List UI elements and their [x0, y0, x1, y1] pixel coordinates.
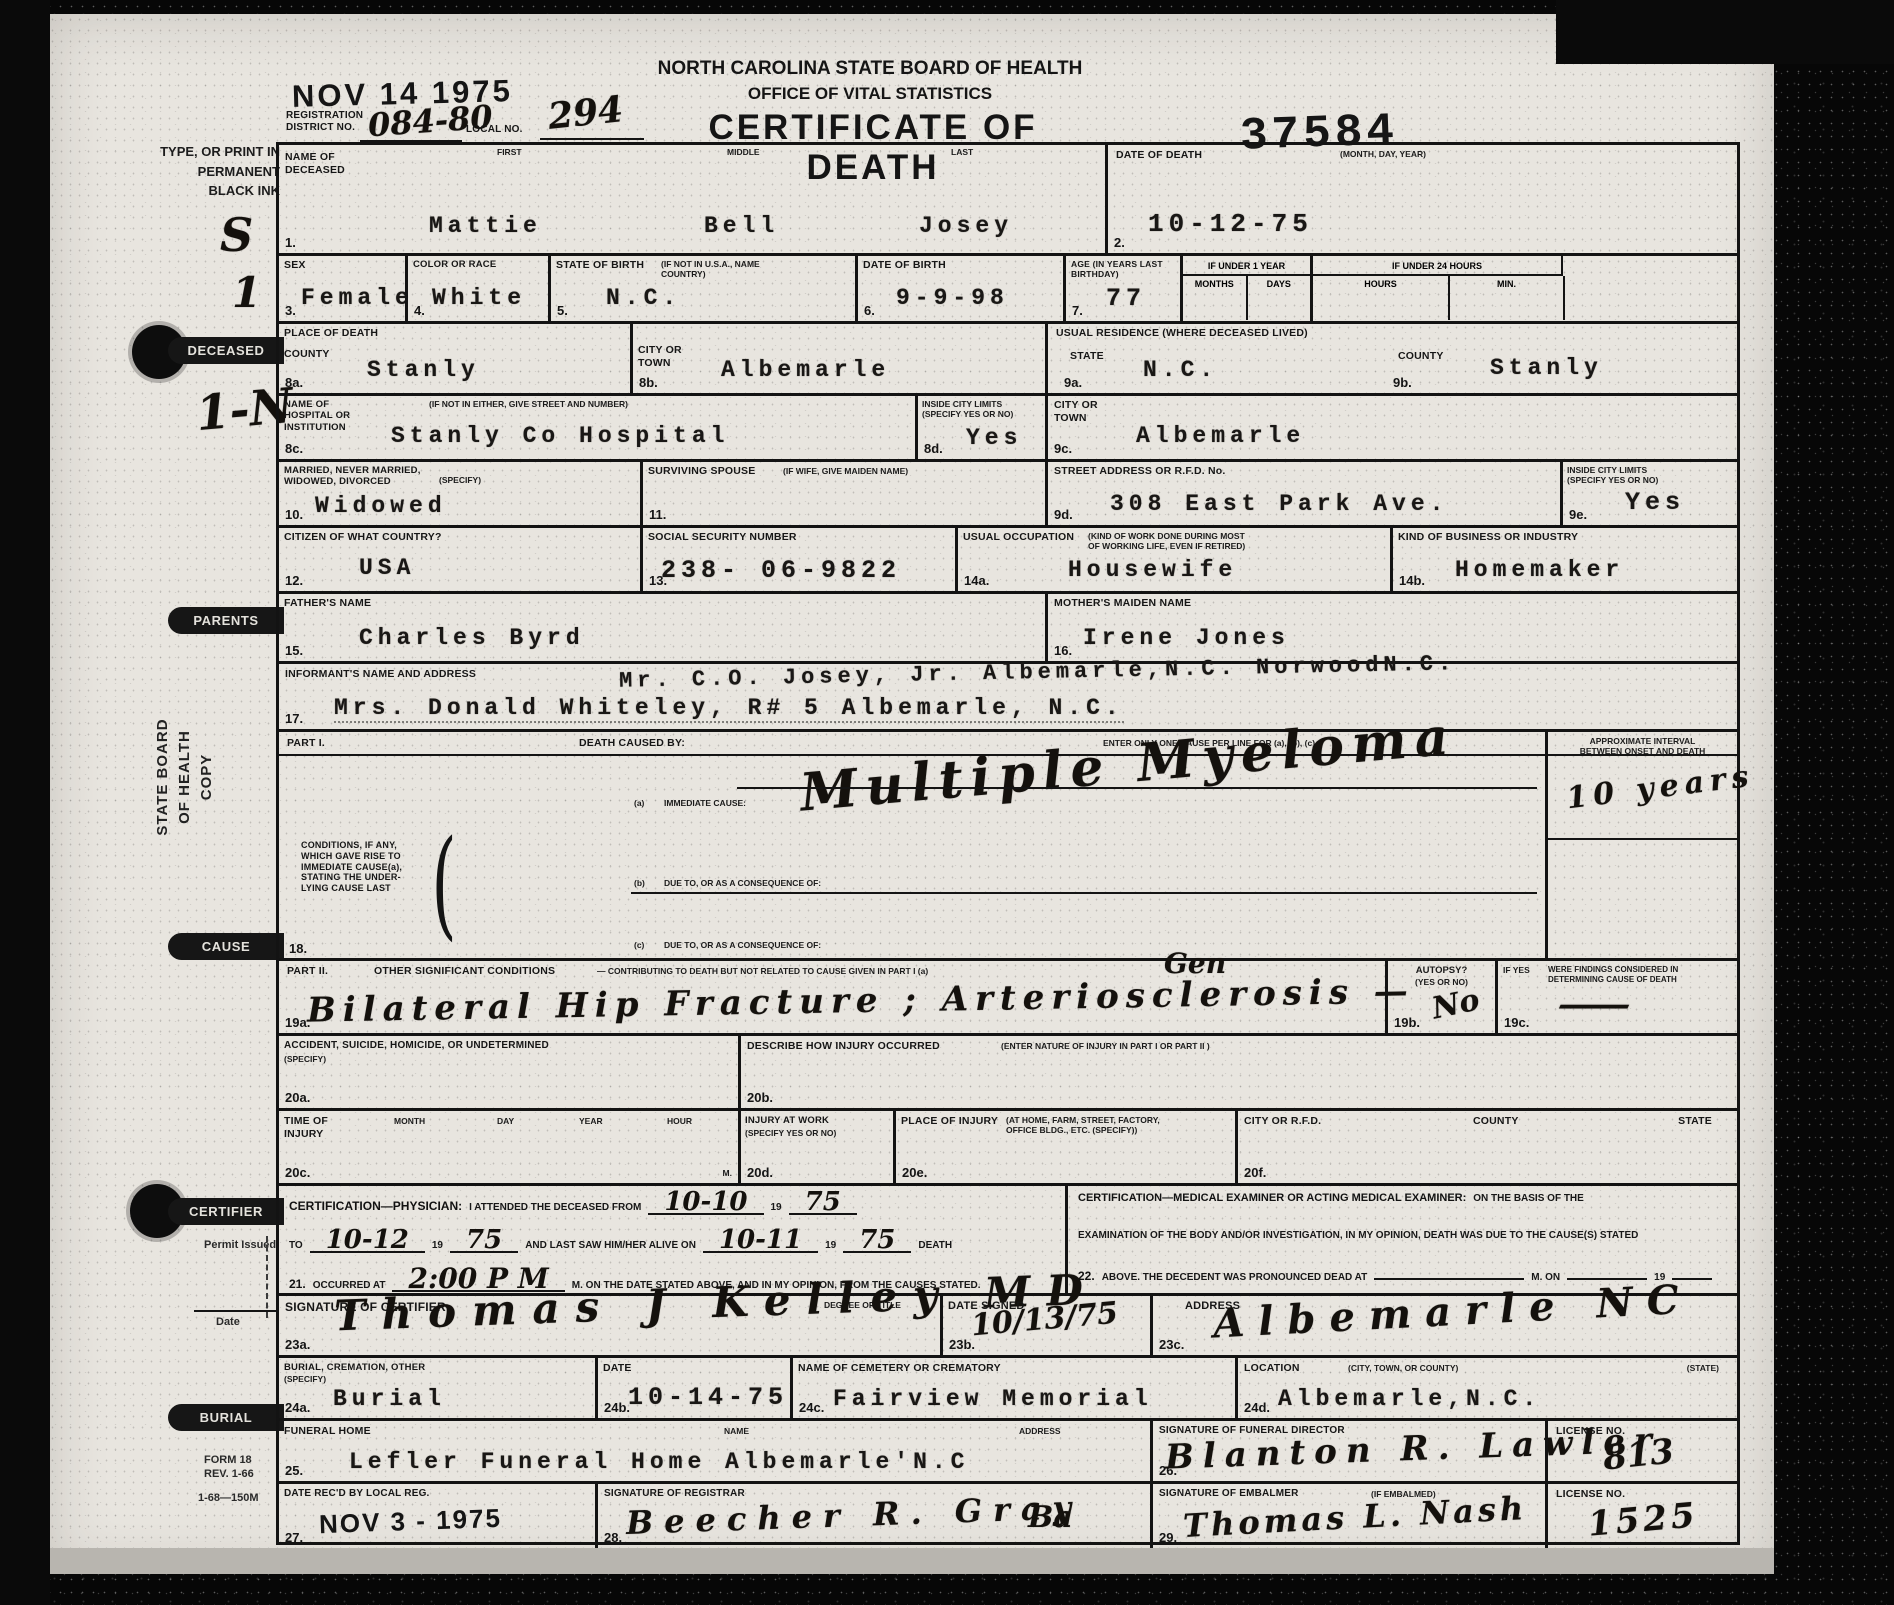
field-4-number: 4.	[414, 303, 425, 318]
burial-date-value: 10-14-75	[628, 1383, 788, 1412]
attended-to-value: 10-12	[310, 1230, 425, 1253]
interval-header-line	[1548, 754, 1737, 756]
location-sublabel: (CITY, TOWN, OR COUNTY)	[1348, 1363, 1458, 1373]
field-burial-type: BURIAL, CREMATION, OTHER (SPECIFY) 24a. …	[279, 1358, 595, 1418]
under-1-year-label: IF UNDER 1 YEAR	[1183, 256, 1310, 276]
field-24a-number: 24a.	[285, 1400, 310, 1415]
pod-county-value: Stanly	[367, 357, 480, 383]
field-name-of-deceased: NAME OF DECEASED FIRST MIDDLE LAST 1. Ma…	[279, 145, 1105, 253]
if-yes-label: IF YES	[1503, 965, 1530, 975]
injury-city-label: CITY OR R.F.D.	[1244, 1115, 1321, 1128]
interval-value: 10 years	[1565, 759, 1757, 817]
permit-date-label: Date	[216, 1315, 240, 1329]
first-label: FIRST	[497, 147, 522, 157]
physician-line-1: CERTIFICATION—PHYSICIAN: I ATTENDED THE …	[289, 1192, 1059, 1215]
row-marital: MARRIED, NEVER MARRIED, WIDOWED, DIVORCE…	[279, 459, 1737, 525]
under-24-hours-label: IF UNDER 24 HOURS	[1313, 256, 1563, 276]
days-label: DAYS	[1246, 276, 1311, 320]
field-8c-number: 8c.	[285, 441, 303, 456]
attended-label: I ATTENDED THE DECEASED FROM	[469, 1202, 641, 1213]
field-25-number: 25.	[285, 1463, 303, 1478]
row-accident: ACCIDENT, SUICIDE, HOMICIDE, OR UNDETERM…	[279, 1033, 1737, 1108]
pronounced-blank	[1374, 1268, 1524, 1280]
field-10-number: 10.	[285, 507, 303, 522]
field-9b-number: 9b.	[1393, 375, 1412, 390]
cause-b-line	[631, 892, 1537, 894]
injury-at-work-label: INJURY AT WORK	[745, 1115, 829, 1126]
mother-value: Irene Jones	[1083, 625, 1290, 651]
field-business: KIND OF BUSINESS OR INDUSTRY 14b. Homema…	[1390, 528, 1737, 591]
row-place-of-death: PLACE OF DEATH COUNTY 8a. Stanly CITY OR…	[279, 321, 1737, 393]
field-3-number: 3.	[285, 303, 296, 318]
hours-label: HOURS	[1313, 276, 1448, 320]
attended-to-year: 75	[450, 1230, 518, 1253]
scanned-death-certificate: TYPE, OR PRINT IN PERMANENT BLACK INK S …	[0, 0, 1894, 1605]
part1-label: PART I.	[287, 737, 325, 750]
burial-date-label: DATE	[603, 1362, 632, 1375]
field-date-signed: DATE SIGNED 23b. 10/13/75	[940, 1296, 1150, 1355]
field-findings: IF YES WERE FINDINGS CONSIDERED IN DETER…	[1495, 961, 1737, 1033]
field-license-1: LICENSE NO. 813	[1545, 1421, 1737, 1481]
permit-dashed-line	[266, 1236, 268, 1318]
birth-state-label: STATE OF BIRTH	[556, 259, 644, 272]
last-saw-label: AND LAST SAW HIM/HER ALIVE ON	[525, 1240, 696, 1251]
location-label: LOCATION	[1244, 1362, 1300, 1375]
handwritten-one: 1	[232, 268, 261, 317]
field-24c-number: 24c.	[799, 1400, 824, 1415]
field-occupation: USUAL OCCUPATION (KIND OF WORK DONE DURI…	[955, 528, 1390, 591]
field-8d-number: 8d.	[924, 441, 943, 456]
row-burial: BURIAL, CREMATION, OTHER (SPECIFY) 24a. …	[279, 1355, 1737, 1418]
middle-label: MIDDLE	[727, 147, 760, 157]
field-residence-limits: INSIDE CITY LIMITS (SPECIFY YES OR NO) 9…	[1560, 462, 1737, 525]
certificate-form: NAME OF DECEASED FIRST MIDDLE LAST 1. Ma…	[276, 142, 1740, 1545]
field-accident: ACCIDENT, SUICIDE, HOMICIDE, OR UNDETERM…	[279, 1036, 738, 1108]
citizen-value: USA	[359, 555, 415, 581]
license-2-label: LICENSE NO.	[1556, 1488, 1625, 1501]
due-to-b-label: (b)	[634, 878, 645, 888]
ink-instruction: TYPE, OR PRINT IN PERMANENT BLACK INK	[118, 142, 280, 201]
scanner-edge-strip	[48, 1548, 1774, 1574]
occupation-value: Housewife	[1068, 557, 1237, 583]
part1-main: PART I. DEATH CAUSED BY: ENTER ONLY ONE …	[279, 732, 1545, 958]
examiner-line-1: CERTIFICATION—MEDICAL EXAMINER OR ACTING…	[1078, 1192, 1731, 1204]
form-number: FORM 18 REV. 1-66	[204, 1453, 254, 1482]
race-value: White	[432, 285, 526, 311]
row-part2: PART II. OTHER SIGNIFICANT CONDITIONS — …	[279, 958, 1737, 1033]
inside-limits-label: INSIDE CITY LIMITS (SPECIFY YES OR NO)	[922, 399, 1013, 419]
findings-value: —	[1556, 985, 1633, 1023]
physician-cert-label: CERTIFICATION—PHYSICIAN:	[289, 1199, 462, 1213]
residence-limits-label: INSIDE CITY LIMITS (SPECIFY YES OR NO)	[1567, 465, 1658, 485]
field-16-number: 16.	[1054, 643, 1072, 658]
part2-super-value: Gen	[1164, 947, 1226, 980]
handwritten-s: S	[220, 208, 253, 262]
field-mother: MOTHER'S MAIDEN NAME 16. Irene Jones	[1045, 594, 1737, 661]
interval-line	[1548, 838, 1737, 840]
field-embalmer: SIGNATURE OF EMBALMER (IF EMBALMED) 29. …	[1150, 1484, 1545, 1548]
field-surviving-spouse: SURVIVING SPOUSE (IF WIFE, GIVE MAIDEN N…	[640, 462, 1045, 525]
min-label: MIN.	[1448, 276, 1563, 320]
field-9a-number: 9a.	[1064, 375, 1082, 390]
describe-injury-sublabel: (ENTER NATURE OF INJURY IN PART I OR PAR…	[1001, 1041, 1210, 1051]
death-caused-by-label: DEATH CAUSED BY:	[579, 737, 685, 750]
field-citizen: CITIZEN OF WHAT COUNTRY? 12. USA	[279, 528, 640, 591]
ssn-label: SOCIAL SECURITY NUMBER	[648, 531, 797, 544]
dob-value: 9-9-98	[896, 285, 1009, 311]
marital-sublabel: (SPECIFY)	[439, 475, 481, 485]
scan-edge-left	[0, 0, 50, 1605]
field-20b-number: 20b.	[747, 1090, 773, 1105]
field-place-of-injury: PLACE OF INJURY (AT HOME, FARM, STREET, …	[893, 1111, 1235, 1183]
field-15-number: 15.	[285, 643, 303, 658]
row-hospital: NAME OF HOSPITAL OR INSTITUTION (IF NOT …	[279, 393, 1737, 459]
tab-deceased: DECEASED	[168, 337, 284, 364]
last-saw-year: 75	[843, 1230, 911, 1253]
business-value: Homemaker	[1455, 557, 1624, 583]
date-received-label: DATE REC'D BY LOCAL REG.	[284, 1488, 430, 1500]
field-6-number: 6.	[864, 303, 875, 318]
due-to2-label: DUE TO, OR AS A CONSEQUENCE OF:	[664, 940, 821, 950]
field-12-number: 12.	[285, 573, 303, 588]
part2-value: Bilateral Hip Fracture ; Arteriosclerosi…	[307, 971, 1415, 1030]
field-28-number: 28.	[604, 1530, 622, 1545]
cemetery-value: Fairview Memorial	[833, 1386, 1153, 1412]
age-label: AGE (IN YEARS LAST BIRTHDAY)	[1071, 259, 1163, 279]
time-of-injury-label: TIME OF INJURY	[284, 1115, 328, 1140]
business-label: KIND OF BUSINESS OR INDUSTRY	[1398, 531, 1578, 544]
field-injury-at-work: INJURY AT WORK (SPECIFY YES OR NO) 20d.	[738, 1111, 893, 1183]
certification-medical-examiner: CERTIFICATION—MEDICAL EXAMINER OR ACTING…	[1065, 1186, 1737, 1293]
informant-value: Mrs. Donald Whiteley, R# 5 Albemarle, N.…	[334, 695, 1124, 723]
injury-state-label: STATE	[1678, 1115, 1712, 1128]
field-20e-number: 20e.	[902, 1165, 927, 1180]
hour-label: HOUR	[667, 1116, 692, 1126]
field-usual-residence: USUAL RESIDENCE (WHERE DECEASED LIVED) S…	[1045, 324, 1737, 393]
field-8b-number: 8b.	[639, 375, 658, 390]
hospital-label: NAME OF HOSPITAL OR INSTITUTION	[284, 399, 350, 433]
field-state-of-birth: STATE OF BIRTH (IF NOT IN U.S.A., NAME C…	[548, 256, 855, 321]
occupation-label: USUAL OCCUPATION	[963, 531, 1074, 544]
field-8a-number: 8a.	[285, 375, 303, 390]
field-if-under-24-hours: IF UNDER 24 HOURS HOURS MIN.	[1310, 256, 1737, 321]
tab-parents: PARENTS	[168, 607, 284, 634]
residence-state-label: STATE	[1070, 350, 1104, 363]
conditions-label: CONDITIONS, IF ANY, WHICH GAVE RISE TO I…	[301, 840, 402, 894]
last-label: LAST	[951, 147, 973, 157]
office-title: OFFICE OF VITAL STATISTICS	[655, 84, 1085, 104]
findings-label: WERE FINDINGS CONSIDERED IN DETERMINING …	[1548, 965, 1678, 984]
burial-type-label: BURIAL, CREMATION, OTHER	[284, 1362, 425, 1373]
place-of-death-label: PLACE OF DEATH	[284, 327, 378, 340]
field-2-number: 2.	[1114, 235, 1125, 250]
basis-label: ON THE BASIS OF THE	[1473, 1193, 1584, 1204]
inside-limits-value: Yes	[966, 425, 1022, 451]
spouse-label: SURVIVING SPOUSE	[648, 465, 755, 478]
funeral-home-address-label: ADDRESS	[1019, 1426, 1061, 1436]
due-to-c-label: (c)	[634, 940, 644, 950]
license-2-value: 1525	[1586, 1495, 1700, 1544]
year-19-a: 19	[771, 1202, 782, 1213]
row-funeral-home: FUNERAL HOME NAME ADDRESS 25. Lefler Fun…	[279, 1418, 1737, 1481]
field-9d-number: 9d.	[1054, 507, 1073, 522]
month-label: MONTH	[394, 1116, 425, 1126]
immediate-cause-a-label: (a)	[634, 798, 644, 808]
field-autopsy: AUTOPSY? (YES OR NO) 19b. No	[1385, 961, 1495, 1033]
registration-district-label: REGISTRATION DISTRICT NO.	[286, 110, 363, 134]
m-on-label: M. ON	[1531, 1272, 1560, 1283]
part1-interval-col: APPROXIMATE INTERVAL BETWEEN ONSET AND D…	[1545, 732, 1737, 958]
father-value: Charles Byrd	[359, 625, 585, 651]
field-burial-location: LOCATION (CITY, TOWN, OR COUNTY) (STATE)…	[1235, 1358, 1737, 1418]
describe-injury-label: DESCRIBE HOW INJURY OCCURRED	[747, 1040, 940, 1053]
funeral-home-value: Lefler Funeral Home Albemarle'N.C	[349, 1449, 969, 1475]
date-received-stamp: NOV 3 - 1975	[319, 1503, 503, 1540]
last-saw-value: 10-11	[703, 1230, 818, 1253]
field-14b-number: 14b.	[1399, 573, 1425, 588]
due-to-label: DUE TO, OR AS A CONSEQUENCE OF:	[664, 878, 821, 888]
copy-designation: STATE BOARD OF HEALTH COPY	[152, 682, 222, 872]
field-sex: SEX 3. Female	[279, 256, 405, 321]
field-pod-city: CITY OR TOWN 8b. Albemarle	[630, 324, 1045, 393]
field-date-of-birth: DATE OF BIRTH 6. 9-9-98	[855, 256, 1063, 321]
pod-county-label: COUNTY	[284, 348, 330, 361]
row-registrar: DATE REC'D BY LOCAL REG. 27. NOV 3 - 197…	[279, 1481, 1737, 1548]
field-date-received: DATE REC'D BY LOCAL REG. 27. NOV 3 - 197…	[279, 1484, 595, 1548]
hospital-sublabel: (IF NOT IN EITHER, GIVE STREET AND NUMBE…	[429, 399, 628, 409]
sex-label: SEX	[284, 259, 306, 272]
death-label: DEATH	[918, 1240, 952, 1251]
year-label: YEAR	[579, 1116, 603, 1126]
race-label: COLOR OR RACE	[413, 259, 496, 270]
autopsy-sublabel: (YES OR NO)	[1388, 977, 1495, 987]
field-9c-number: 9c.	[1054, 441, 1072, 456]
field-age: AGE (IN YEARS LAST BIRTHDAY) 7. 77	[1063, 256, 1180, 321]
field-father: FATHER'S NAME 15. Charles Byrd	[279, 594, 1045, 661]
first-name-value: Mattie	[429, 213, 542, 239]
day-label: DAY	[497, 1116, 514, 1126]
field-11-number: 11.	[649, 507, 666, 522]
to-label: TO	[289, 1240, 303, 1251]
under-1-year-columns: MONTHS DAYS	[1183, 276, 1310, 320]
local-no-value: 294	[546, 88, 625, 138]
scan-blotch-top-right	[1556, 0, 1894, 64]
field-9e-number: 9e.	[1569, 507, 1587, 522]
examination-label: EXAMINATION OF THE BODY AND/OR INVESTIGA…	[1078, 1230, 1638, 1241]
field-14a-number: 14a.	[964, 573, 989, 588]
age-value: 77	[1106, 284, 1146, 313]
field-license-2: LICENSE NO. 1525	[1545, 1484, 1737, 1548]
field-marital-status: MARRIED, NEVER MARRIED, WIDOWED, DIVORCE…	[279, 462, 640, 525]
informant-label: INFORMANT'S NAME AND ADDRESS	[285, 668, 476, 681]
attended-from-value: 10-10	[648, 1192, 763, 1215]
examiner-line-2: EXAMINATION OF THE BODY AND/OR INVESTIGA…	[1078, 1230, 1731, 1241]
attended-from-year: 75	[789, 1192, 857, 1215]
accident-sublabel: (SPECIFY)	[284, 1054, 326, 1064]
registrar-initials: Ba	[1028, 1500, 1073, 1535]
field-if-under-1-year: IF UNDER 1 YEAR MONTHS DAYS	[1180, 256, 1310, 321]
residence-limits-value: Yes	[1625, 488, 1685, 517]
months-label: MONTHS	[1183, 276, 1246, 320]
field-inside-limits: INSIDE CITY LIMITS (SPECIFY YES OR NO) 8…	[915, 396, 1045, 459]
row-time-of-injury: TIME OF INJURY MONTH DAY YEAR HOUR 20c. …	[279, 1108, 1737, 1183]
license-1-label: LICENSE NO.	[1556, 1425, 1625, 1438]
citizen-label: CITIZEN OF WHAT COUNTRY?	[284, 531, 442, 544]
name-label: NAME OF DECEASED	[285, 151, 345, 176]
field-describe-injury: DESCRIBE HOW INJURY OCCURRED (ENTER NATU…	[738, 1036, 1737, 1108]
other-conditions-label: OTHER SIGNIFICANT CONDITIONS	[374, 965, 555, 978]
field-hospital: NAME OF HOSPITAL OR INSTITUTION (IF NOT …	[279, 396, 915, 459]
autopsy-label: AUTOPSY?	[1388, 965, 1495, 976]
license-1-value: 813	[1601, 1431, 1676, 1478]
field-informant: INFORMANT'S NAME AND ADDRESS 17. Mr. C.O…	[279, 664, 1737, 729]
row-part1-cause: PART I. DEATH CAUSED BY: ENTER ONLY ONE …	[279, 729, 1737, 958]
field-20d-number: 20d.	[747, 1165, 773, 1180]
row-citizen: CITIZEN OF WHAT COUNTRY? 12. USA SOCIAL …	[279, 525, 1737, 591]
dob-label: DATE OF BIRTH	[863, 259, 946, 272]
conditions-brace: (	[431, 824, 456, 942]
residence-county-value: Stanly	[1490, 355, 1603, 381]
field-time-of-injury: TIME OF INJURY MONTH DAY YEAR HOUR 20c. …	[279, 1111, 738, 1183]
field-24d-number: 24d.	[1244, 1400, 1270, 1415]
registrar-label: SIGNATURE OF REGISTRAR	[604, 1488, 745, 1500]
examiner-cert-label: CERTIFICATION—MEDICAL EXAMINER OR ACTING…	[1078, 1192, 1466, 1204]
other-conditions-sublabel: — CONTRIBUTING TO DEATH BUT NOT RELATED …	[597, 966, 928, 976]
occupation-sublabel: (KIND OF WORK DONE DURING MOST OF WORKIN…	[1088, 531, 1245, 551]
row-sex-race: SEX 3. Female COLOR OR RACE 4. White STA…	[279, 253, 1737, 321]
last-name-value: Josey	[919, 213, 1013, 239]
residence-city-label: CITY OR TOWN	[1054, 399, 1098, 424]
injury-at-work-sublabel: (SPECIFY YES OR NO)	[745, 1128, 836, 1138]
embalmer-label: SIGNATURE OF EMBALMER	[1159, 1488, 1299, 1500]
funeral-home-label: FUNERAL HOME	[284, 1425, 371, 1438]
field-5-number: 5.	[557, 303, 568, 318]
burial-type-value: Burial	[333, 1386, 446, 1412]
residence-state-value: N.C.	[1143, 357, 1218, 383]
field-burial-date: DATE 24b. 10-14-75	[595, 1358, 790, 1418]
field-certifier-address: ADDRESS 23c. Albemarle NC	[1150, 1296, 1737, 1355]
usual-residence-label: USUAL RESIDENCE (WHERE DECEASED LIVED)	[1056, 327, 1308, 340]
autopsy-value: No	[1429, 982, 1483, 1026]
field-20f-number: 20f.	[1244, 1165, 1266, 1180]
local-no-label: LOCAL NO.	[466, 124, 523, 136]
pronounced-label: ABOVE. THE DECEDENT WAS PRONOUNCED DEAD …	[1102, 1272, 1368, 1283]
ssn-value: 238- 06-9822	[661, 556, 901, 585]
field-23b-number: 23b.	[949, 1337, 975, 1352]
tab-burial: BURIAL	[168, 1404, 284, 1431]
residence-county-label: COUNTY	[1398, 350, 1444, 363]
tab-cause: CAUSE	[168, 933, 284, 960]
field-signature-certifier: SIGNATURE OF CERTIFIER DEGREE OR TITLE 2…	[279, 1296, 940, 1355]
under-24-hours-columns: HOURS MIN.	[1313, 276, 1737, 320]
field-1-number: 1.	[285, 235, 296, 250]
row-name: NAME OF DECEASED FIRST MIDDLE LAST 1. Ma…	[279, 145, 1737, 253]
field-residence-city: CITY OR TOWN 9c. Albemarle	[1045, 396, 1737, 459]
print-run-number: 1-68—150M	[198, 1491, 259, 1505]
row-informant: INFORMANT'S NAME AND ADDRESS 17. Mr. C.O…	[279, 661, 1737, 729]
injury-county-label: COUNTY	[1473, 1115, 1519, 1128]
marital-label: MARRIED, NEVER MARRIED, WIDOWED, DIVORCE…	[284, 465, 421, 488]
mother-label: MOTHER'S MAIDEN NAME	[1054, 597, 1191, 610]
date-of-death-sublabel: (MONTH, DAY, YEAR)	[1340, 149, 1426, 159]
accident-label: ACCIDENT, SUICIDE, HOMICIDE, OR UNDETERM…	[284, 1040, 549, 1052]
pod-city-label: CITY OR TOWN	[638, 344, 682, 369]
field-23a-number: 23a.	[285, 1337, 310, 1352]
street-value: 308 East Park Ave.	[1110, 491, 1448, 517]
field-19c-number: 19c.	[1504, 1015, 1529, 1030]
birth-state-value: N.C.	[606, 285, 681, 311]
part2-main: PART II. OTHER SIGNIFICANT CONDITIONS — …	[279, 961, 1385, 1033]
field-cemetery: NAME OF CEMETERY OR CREMATORY 24c. Fairv…	[790, 1358, 1235, 1418]
father-label: FATHER'S NAME	[284, 597, 371, 610]
place-of-injury-label: PLACE OF INJURY	[901, 1115, 998, 1128]
pod-city-value: Albemarle	[721, 357, 890, 383]
birth-state-sublabel: (IF NOT IN U.S.A., NAME COUNTRY)	[661, 259, 760, 279]
year-19-c: 19	[825, 1240, 836, 1251]
under-24-blank	[1563, 276, 1737, 320]
field-19b-number: 19b.	[1394, 1015, 1420, 1030]
location-value: Albemarle,N.C.	[1278, 1386, 1541, 1412]
field-18-number: 18.	[289, 941, 307, 956]
marital-value: Widowed	[315, 493, 447, 519]
street-label: STREET ADDRESS OR R.F.D. No.	[1054, 465, 1225, 478]
physician-line-2: TO 10-12 19 75 AND LAST SAW HIM/HER ALIV…	[289, 1230, 1059, 1253]
field-20a-number: 20a.	[285, 1090, 310, 1105]
field-funeral-director: SIGNATURE OF FUNERAL DIRECTOR 26. Blanto…	[1150, 1421, 1545, 1481]
field-23c-number: 23c.	[1159, 1337, 1184, 1352]
board-title: NORTH CAROLINA STATE BOARD OF HEALTH	[655, 58, 1085, 80]
field-injury-city: CITY OR R.F.D. COUNTY STATE 20f.	[1235, 1111, 1737, 1183]
field-7-number: 7.	[1072, 303, 1083, 318]
cemetery-label: NAME OF CEMETERY OR CREMATORY	[798, 1362, 1001, 1375]
field-17-number: 17.	[285, 711, 303, 726]
row-signature: SIGNATURE OF CERTIFIER DEGREE OR TITLE 2…	[279, 1293, 1737, 1355]
field-24b-number: 24b.	[604, 1400, 630, 1415]
date-of-death-value: 10-12-75	[1148, 209, 1313, 239]
part2-label: PART II.	[287, 965, 328, 978]
spouse-sublabel: (IF WIFE, GIVE MAIDEN NAME)	[783, 466, 908, 476]
immediate-cause-label: IMMEDIATE CAUSE:	[664, 798, 746, 808]
funeral-home-name-label: NAME	[724, 1426, 749, 1436]
field-pod-county: PLACE OF DEATH COUNTY 8a. Stanly	[279, 324, 630, 393]
field-20c-number: 20c.	[285, 1165, 310, 1180]
year-19-b: 19	[432, 1240, 443, 1251]
meridian-label: M.	[723, 1168, 732, 1178]
field-27-number: 27.	[285, 1530, 303, 1545]
field-registrar: SIGNATURE OF REGISTRAR 28. Beecher R. Gr…	[595, 1484, 1150, 1548]
field-street-address: STREET ADDRESS OR R.F.D. No. 9d. 308 Eas…	[1045, 462, 1560, 525]
field-funeral-home: FUNERAL HOME NAME ADDRESS 25. Lefler Fun…	[279, 1421, 1150, 1481]
field-29-number: 29.	[1159, 1530, 1177, 1545]
permit-date-line	[194, 1310, 278, 1312]
date-of-death-label: DATE OF DEATH	[1116, 149, 1202, 162]
local-no-line	[540, 138, 644, 140]
field-date-of-death: DATE OF DEATH (MONTH, DAY, YEAR) 2. 10-1…	[1105, 145, 1737, 253]
place-of-injury-sublabel: (AT HOME, FARM, STREET, FACTORY, OFFICE …	[1006, 1115, 1160, 1135]
middle-name-value: Bell	[704, 213, 779, 239]
tab-certifier: CERTIFIER	[168, 1198, 284, 1225]
hospital-value: Stanly Co Hospital	[391, 423, 729, 449]
location-state-sublabel: (STATE)	[1687, 1363, 1719, 1373]
field-ssn: SOCIAL SECURITY NUMBER 13. 238- 06-9822	[640, 528, 955, 591]
residence-city-value: Albemarle	[1136, 423, 1305, 449]
burial-type-sublabel: (SPECIFY)	[284, 1374, 326, 1384]
row-parents: FATHER'S NAME 15. Charles Byrd MOTHER'S …	[279, 591, 1737, 661]
sex-value: Female	[301, 285, 414, 311]
cause-a-line	[737, 787, 1537, 789]
field-race: COLOR OR RACE 4. White	[405, 256, 548, 321]
field-21-number: 21.	[289, 1277, 306, 1291]
